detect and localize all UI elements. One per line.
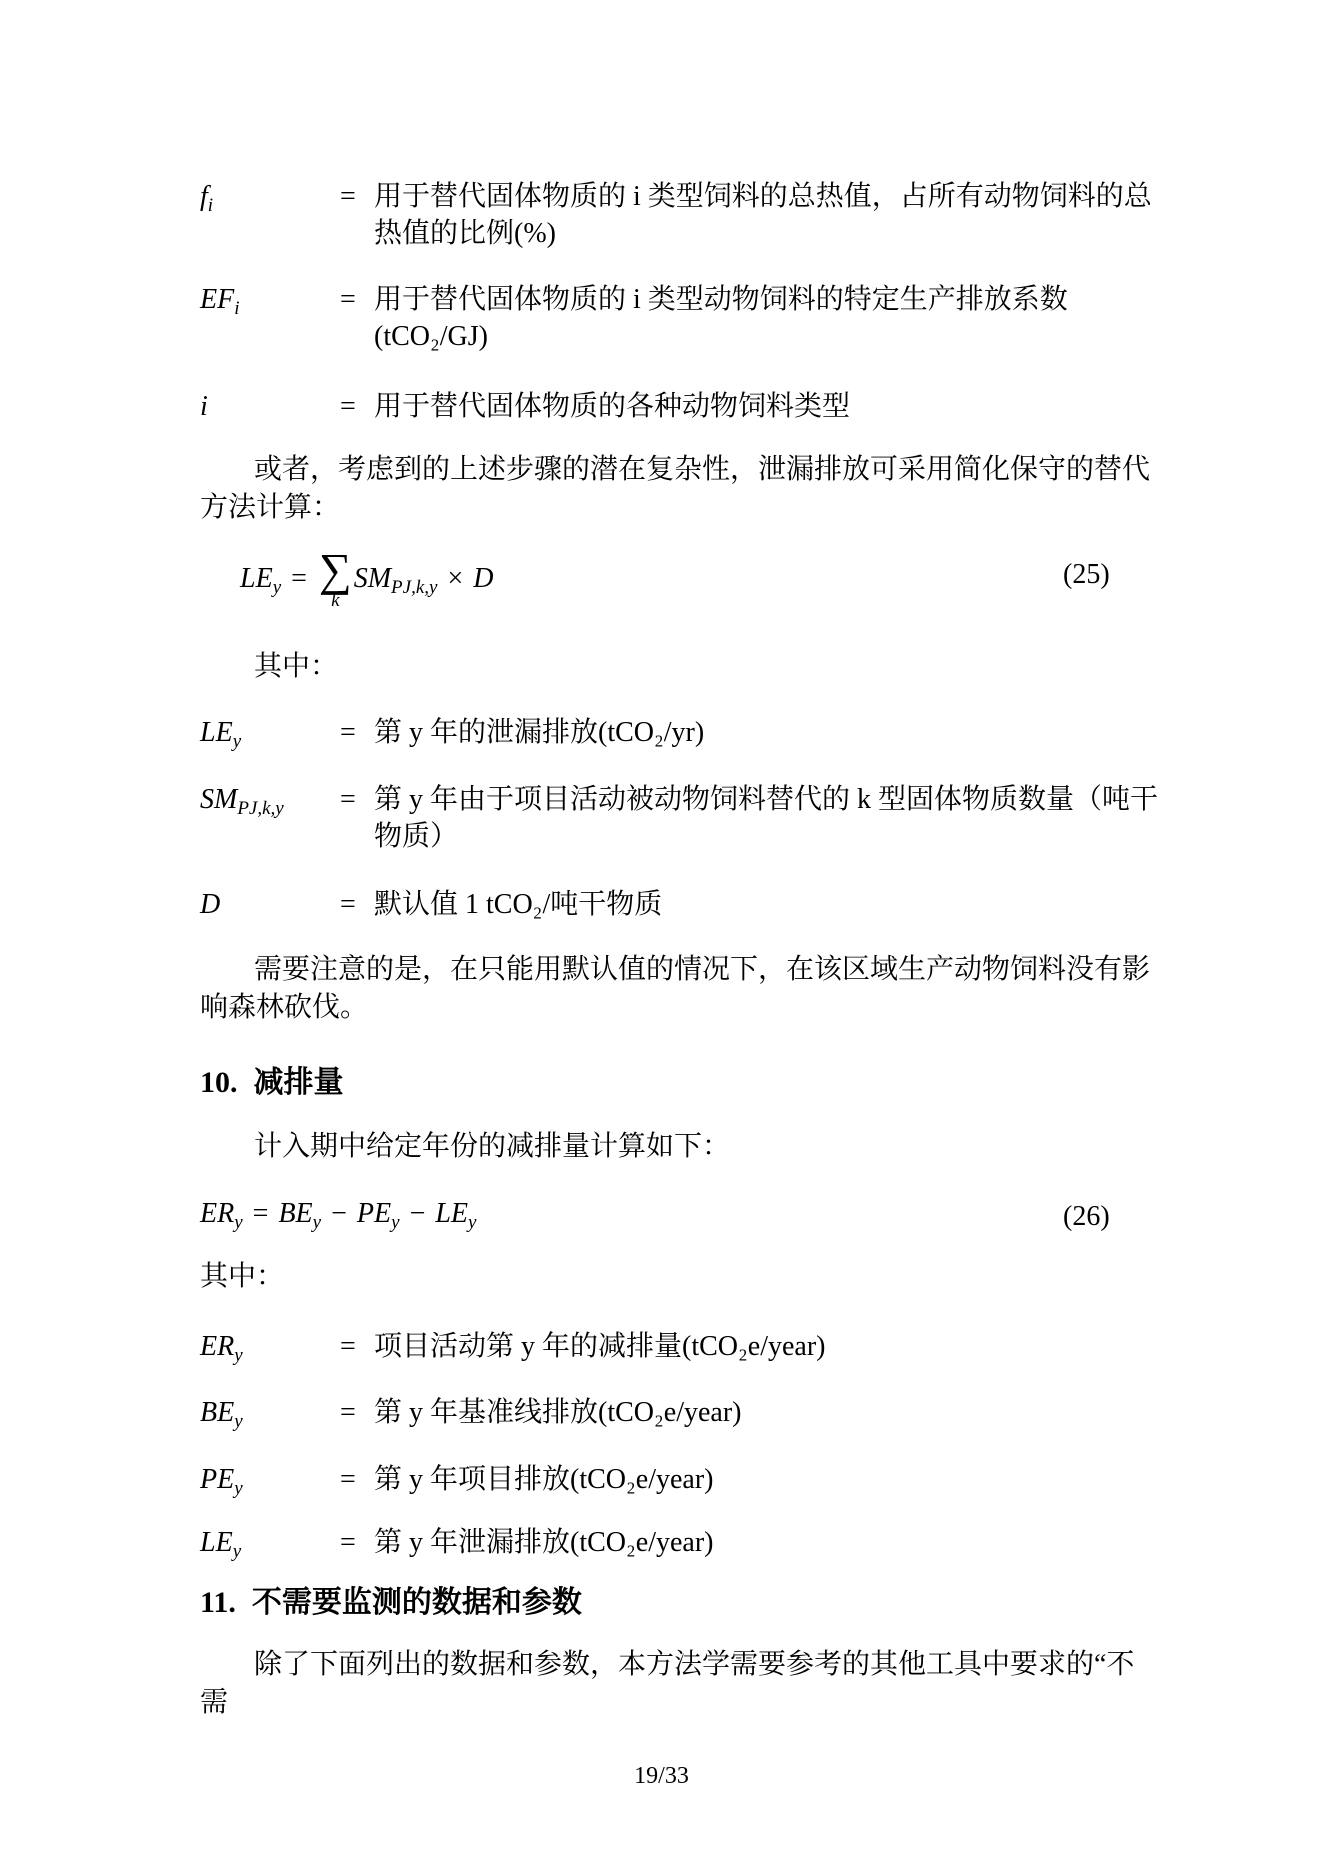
page-number: 19/33 — [0, 1763, 1323, 1790]
section-heading-11: 11.不需要监测的数据和参数 — [200, 1577, 1200, 1621]
section-title: 减排量 — [254, 1066, 344, 1099]
equation-term: BEy — [278, 1198, 321, 1230]
equals-sign: = — [340, 886, 374, 923]
minus-sign: − — [321, 1198, 357, 1230]
definition-symbol: SMPJ,k,y — [200, 781, 340, 818]
paragraph-default-value-note: 需要注意的是，在只能用默认值的情况下，在该区域生产动物饲料没有影响森林砍伐。 — [200, 951, 1162, 1027]
definition-description: 第 y 年泄漏排放(tCO₂e/year) — [374, 1524, 1166, 1561]
equation-number-25: (25) — [1063, 556, 1110, 594]
equation-term: PEy — [357, 1198, 400, 1230]
document-page: { "document": { "definitions_group1": [ … — [0, 0, 1323, 1871]
multiplication-sign: × — [437, 563, 473, 595]
equals-sign: = — [340, 1328, 374, 1365]
equation-lhs: LEy — [240, 563, 281, 595]
where-label: 其中： — [200, 648, 1162, 686]
definition-symbol: D — [200, 886, 340, 923]
definition-symbol: i — [200, 388, 340, 425]
definition-row: LEy = 第 y 年泄漏排放(tCO₂e/year) — [200, 1524, 1166, 1561]
definition-description: 第 y 年的泄漏排放(tCO₂/yr) — [374, 714, 1166, 751]
definition-description: 第 y 年基准线排放(tCO₂e/year) — [374, 1394, 1166, 1431]
definition-description: 用于替代固体物质的 i 类型饲料的总热值，占所有动物饲料的总热值的比例(%) — [374, 178, 1166, 252]
section-title: 不需要监测的数据和参数 — [252, 1586, 582, 1619]
equals-sign: = — [340, 178, 374, 215]
section-number: 10. — [200, 1066, 238, 1099]
equation-25: LEy = ∑ k SMPJ,k,y × D — [240, 548, 493, 610]
definition-symbol: ERy — [200, 1328, 340, 1365]
definition-row: D = 默认值 1 tCO₂/吨干物质 — [200, 886, 1166, 923]
definition-symbol: PEy — [200, 1461, 340, 1498]
definition-row: fi = 用于替代固体物质的 i 类型饲料的总热值，占所有动物饲料的总热值的比例… — [200, 178, 1166, 252]
definition-description: 用于替代固体物质的 i 类型动物饲料的特定生产排放系数(tCO₂/GJ) — [374, 281, 1166, 355]
definition-description: 第 y 年由于项目活动被动物饲料替代的 k 型固体物质数量（吨干物质） — [374, 781, 1166, 855]
equals-sign: = — [281, 563, 317, 595]
equals-sign: = — [340, 388, 374, 425]
equation-term: LEy — [435, 1198, 476, 1230]
definition-description: 默认值 1 tCO₂/吨干物质 — [374, 886, 1166, 923]
definition-symbol: LEy — [200, 714, 340, 751]
definition-description: 用于替代固体物质的各种动物饲料类型 — [374, 388, 1166, 425]
equation-term: SMPJ,k,y — [354, 563, 438, 595]
definition-row: BEy = 第 y 年基准线排放(tCO₂e/year) — [200, 1394, 1166, 1431]
definition-row: SMPJ,k,y = 第 y 年由于项目活动被动物饲料替代的 k 型固体物质数量… — [200, 781, 1166, 855]
equals-sign: = — [340, 1461, 374, 1498]
where-label: 其中： — [200, 1258, 1162, 1296]
equals-sign: = — [243, 1198, 279, 1230]
definition-row: LEy = 第 y 年的泄漏排放(tCO₂/yr) — [200, 714, 1166, 751]
summation-symbol: ∑ k — [319, 548, 352, 610]
definition-symbol: LEy — [200, 1524, 340, 1561]
definition-row: i = 用于替代固体物质的各种动物饲料类型 — [200, 388, 1166, 425]
definition-description: 第 y 年项目排放(tCO₂e/year) — [374, 1461, 1166, 1498]
definition-row: PEy = 第 y 年项目排放(tCO₂e/year) — [200, 1461, 1166, 1498]
paragraph-alternative-method: 或者，考虑到的上述步骤的潜在复杂性，泄漏排放可采用简化保守的替代方法计算： — [200, 451, 1162, 527]
paragraph-emission-reduction-intro: 计入期中给定年份的减排量计算如下： — [200, 1128, 1162, 1166]
paragraph-section11-intro: 除了下面列出的数据和参数，本方法学需要参考的其他工具中要求的“不需 — [200, 1646, 1162, 1722]
equation-term: ERy — [200, 1198, 243, 1230]
section-number: 11. — [200, 1586, 236, 1619]
equation-number-26: (26) — [1063, 1198, 1110, 1236]
definition-row: EFi = 用于替代固体物质的 i 类型动物饲料的特定生产排放系数(tCO₂/G… — [200, 281, 1166, 355]
definition-row: ERy = 项目活动第 y 年的减排量(tCO₂e/year) — [200, 1328, 1166, 1365]
equation-factor: D — [473, 563, 493, 595]
definition-symbol: EFi — [200, 281, 340, 318]
equals-sign: = — [340, 1394, 374, 1431]
definition-symbol: fi — [200, 178, 340, 215]
definition-symbol: BEy — [200, 1394, 340, 1431]
definition-description: 项目活动第 y 年的减排量(tCO₂e/year) — [374, 1328, 1166, 1365]
equals-sign: = — [340, 781, 374, 818]
minus-sign: − — [400, 1198, 436, 1230]
equals-sign: = — [340, 281, 374, 318]
equals-sign: = — [340, 714, 374, 751]
equation-26: ERy = BEy − PEy − LEy — [200, 1198, 476, 1230]
section-heading-10: 10.减排量 — [200, 1057, 1200, 1101]
equals-sign: = — [340, 1524, 374, 1561]
